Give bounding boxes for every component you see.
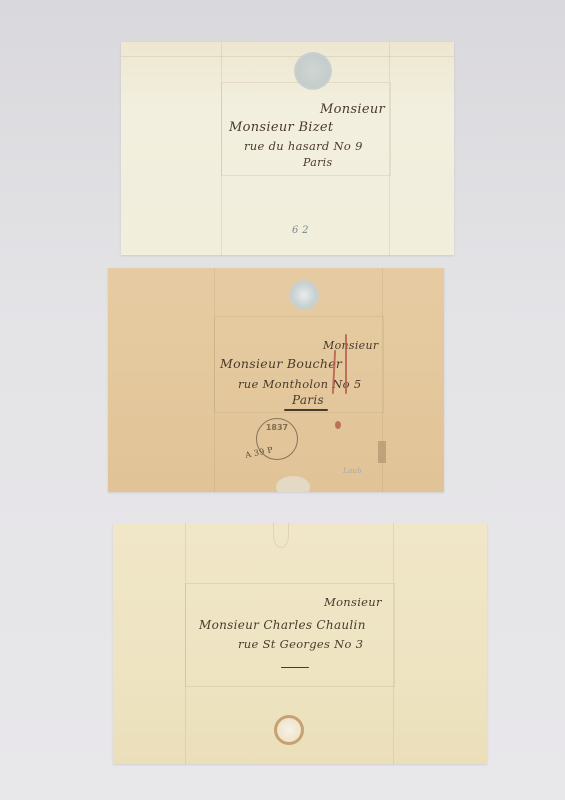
city-text: Paris bbox=[292, 393, 324, 407]
salutation-text: Monsieur bbox=[324, 595, 382, 609]
city-text: Paris bbox=[303, 156, 332, 169]
pencil-note: Laub bbox=[343, 467, 362, 475]
salutation-text: Monsieur bbox=[323, 339, 378, 352]
seal-remnant bbox=[276, 476, 310, 492]
seal-tab bbox=[273, 523, 289, 548]
street-address: rue Montholon No 5 bbox=[238, 377, 361, 391]
wax-seal-stain bbox=[274, 715, 304, 745]
city-underline bbox=[284, 409, 328, 411]
recipient-name: Monsieur Charles Chaulin bbox=[199, 618, 366, 632]
wax-seal bbox=[289, 280, 319, 310]
recipient-name: Monsieur Boucher bbox=[220, 356, 342, 371]
bottom-mark: 6 2 bbox=[292, 225, 309, 236]
postmark-text: 1837 bbox=[257, 421, 297, 435]
salutation-text: Monsieur bbox=[320, 102, 385, 117]
letter-bizet: Monsieur Monsieur Bizet rue du hasard No… bbox=[121, 42, 454, 255]
letter-chaulin: Monsieur Monsieur Charles Chaulin rue St… bbox=[113, 523, 487, 764]
street-address: rue du hasard No 9 bbox=[244, 139, 363, 153]
red-ink-spot bbox=[335, 421, 341, 429]
street-address: rue St Georges No 3 bbox=[238, 637, 363, 651]
fold-line bbox=[121, 56, 454, 57]
recipient-name: Monsieur Bizet bbox=[229, 120, 333, 135]
brown-stain bbox=[378, 441, 386, 463]
red-tax-mark bbox=[345, 334, 347, 394]
wax-seal bbox=[294, 52, 332, 90]
address-underline bbox=[281, 667, 309, 668]
letter-boucher: Monsieur Monsieur Boucher rue Montholon … bbox=[108, 268, 444, 492]
